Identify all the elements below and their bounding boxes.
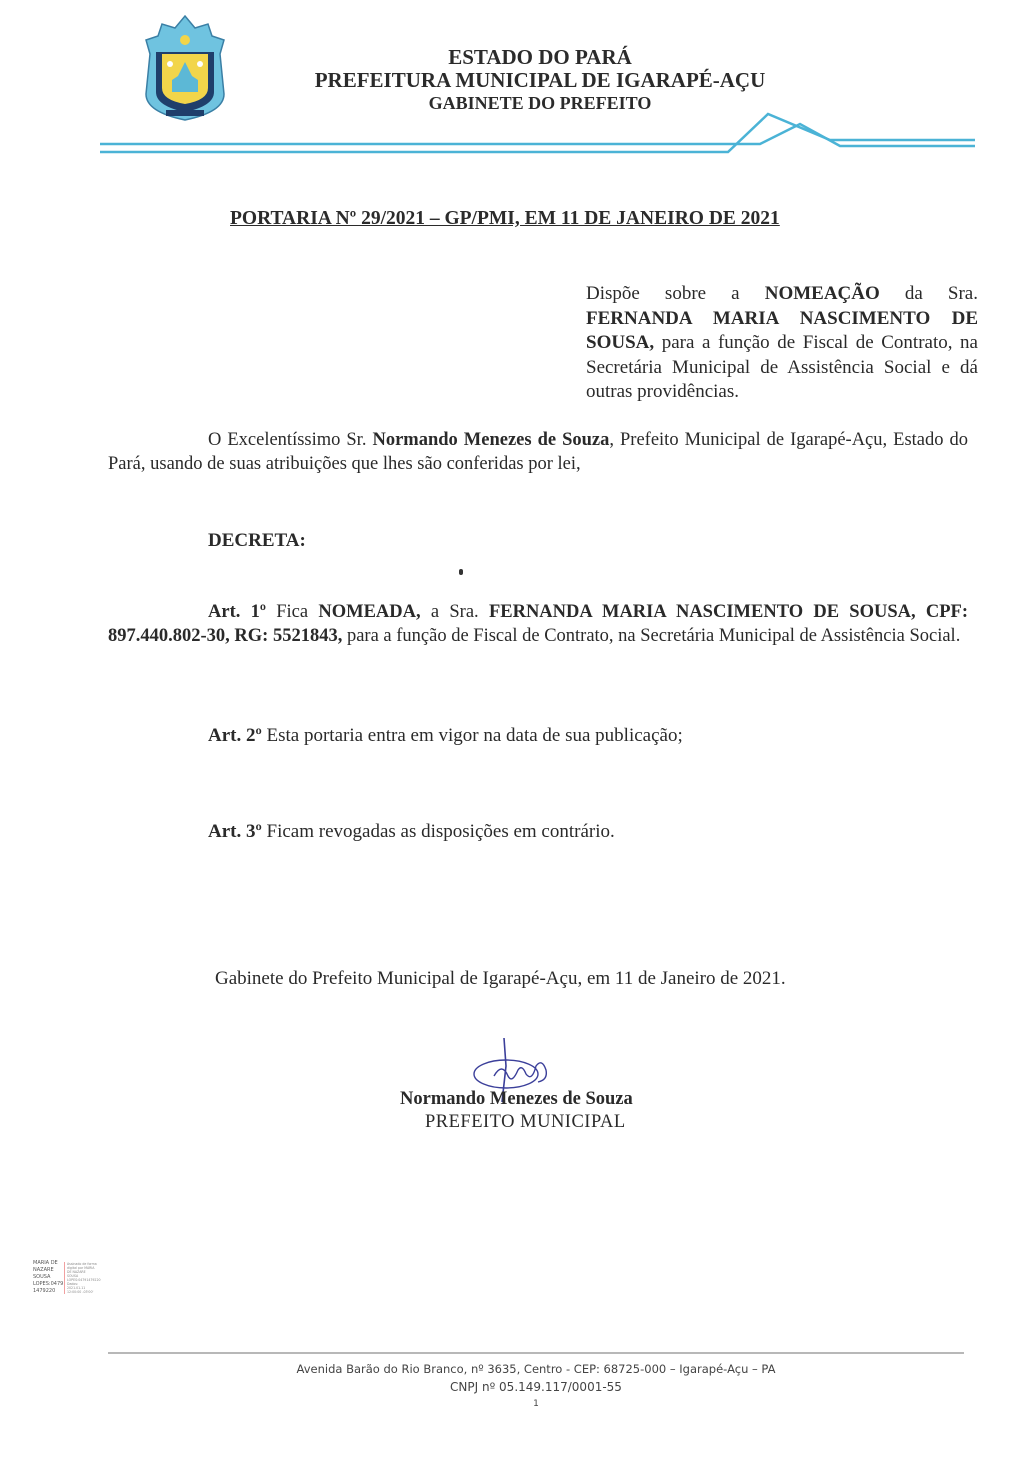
mayor-name: Normando Menezes de Souza [372, 430, 609, 450]
preamble-text: O Excelentíssimo Sr. [208, 430, 372, 450]
stamp-line: MARIA DE [33, 1260, 63, 1267]
article-label: Art. 1º [208, 602, 266, 622]
stamp-note-line: Dados: 2021.01.11 [67, 1282, 97, 1290]
stamp-note-line: 12:00:00 -03'00' [67, 1290, 97, 1294]
header-wave-divider [100, 112, 975, 160]
footer-address: Avenida Barão do Rio Branco, nº 3635, Ce… [108, 1362, 964, 1376]
ementa-text: Dispõe sobre a [586, 283, 765, 304]
ementa-bold-nomeacao: NOMEAÇÃO [765, 283, 880, 304]
digital-signature-stamp: MARIA DE NAZARE SOUSA LOPES:0479 1479220 [33, 1260, 63, 1295]
closing-line: Gabinete do Prefeito Municipal de Igarap… [215, 968, 786, 990]
stamp-line: LOPES:0479 [33, 1281, 63, 1288]
article-3: Art. 3º Ficam revogadas as disposições e… [208, 821, 615, 843]
stamp-line: 1479220 [33, 1288, 63, 1295]
article-text: Esta portaria entra em vigor na data de … [262, 725, 683, 746]
document-title: PORTARIA Nº 29/2021 – GP/PMI, EM 11 DE J… [230, 208, 780, 230]
article-label: Art. 2º [208, 725, 262, 746]
footer-divider [108, 1352, 964, 1354]
signatory-role: PREFEITO MUNICIPAL [425, 1112, 626, 1133]
article-label: Art. 3º [208, 821, 262, 842]
coat-of-arms-icon [140, 14, 230, 122]
stamp-line: SOUSA [33, 1274, 63, 1281]
article-text: Ficam revogadas as disposições em contrá… [262, 821, 615, 842]
stamp-line: NAZARE [33, 1267, 63, 1274]
article-text: para a função de Fiscal de Contrato, na … [342, 626, 960, 646]
scan-speck [459, 569, 463, 575]
signatory-name: Normando Menezes de Souza [400, 1089, 633, 1110]
article-bold: NOMEADA, [318, 602, 420, 622]
decreta-heading: DECRETA: [208, 530, 306, 552]
ementa: Dispõe sobre a NOMEAÇÃO da Sra. FERNANDA… [586, 282, 978, 405]
article-1: Art. 1º Fica NOMEADA, a Sra. FERNANDA MA… [108, 600, 968, 648]
preamble-paragraph: O Excelentíssimo Sr. Normando Menezes de… [108, 428, 968, 476]
footer-cnpj: CNPJ nº 05.149.117/0001-55 [108, 1380, 964, 1394]
article-2: Art. 2º Esta portaria entra em vigor na … [208, 725, 683, 747]
header-municipality: PREFEITURA MUNICIPAL DE IGARAPÉ-AÇU [290, 68, 790, 93]
digital-signature-note: Assinado de forma digital por MARIA DE N… [64, 1262, 97, 1294]
stamp-note-line: DE NAZARE SOUSA [67, 1270, 97, 1278]
header-state: ESTADO DO PARÁ [290, 45, 790, 70]
article-text: a Sra. [421, 602, 489, 622]
ementa-text: da Sra. [880, 283, 978, 304]
article-text: Fica [266, 602, 318, 622]
header-office: GABINETE DO PREFEITO [290, 93, 790, 114]
page-number: 1 [108, 1399, 964, 1409]
